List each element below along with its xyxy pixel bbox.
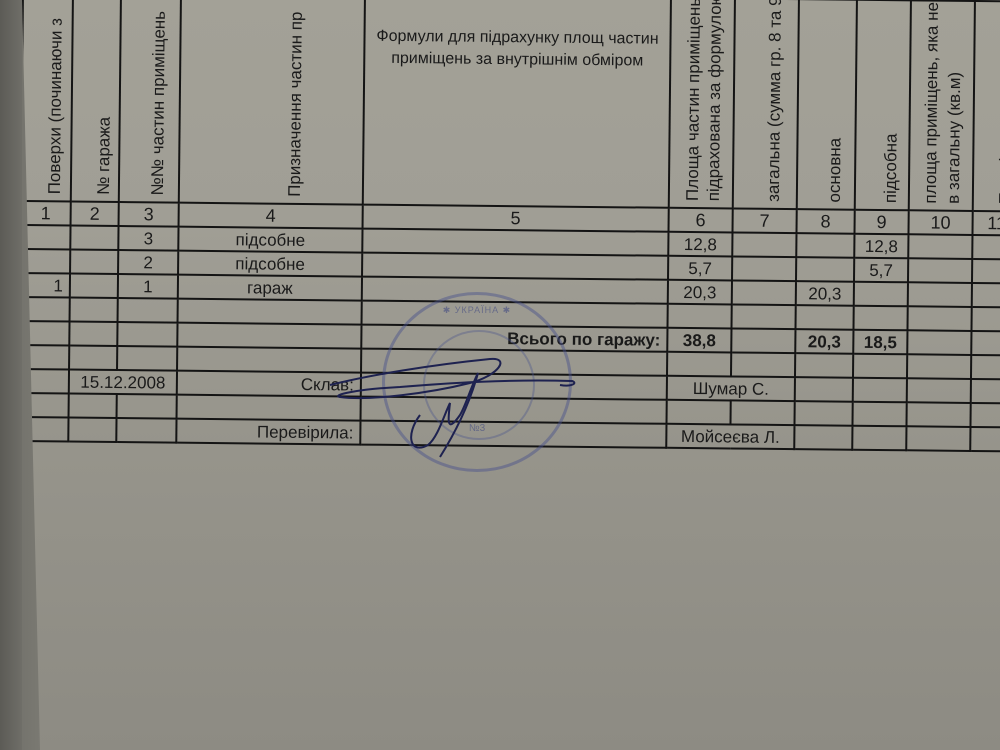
- composed-name: Шумар С.: [667, 376, 795, 401]
- empty-cell: [117, 322, 177, 347]
- signature-cell: [360, 421, 666, 448]
- column-number: 2: [71, 202, 119, 227]
- cell-part: 1: [118, 274, 178, 299]
- empty-cell: [907, 306, 971, 331]
- empty-cell: [19, 393, 69, 418]
- formula-header-line1: Формули для підрахунку площ частин: [365, 26, 669, 51]
- column-number: 7: [733, 208, 797, 233]
- cell-total: [732, 256, 796, 281]
- cell-main: 20,3: [796, 281, 854, 306]
- empty-cell: [116, 418, 176, 443]
- cell-floor: [20, 225, 70, 250]
- checked-label: Перевірила:: [176, 419, 360, 445]
- area-table-container: Поверхи (починаючи з № гаража №№ частин …: [17, 0, 950, 452]
- empty-cell: [19, 345, 69, 370]
- empty-cell: [794, 425, 852, 450]
- empty-cell: [971, 379, 1000, 404]
- cell-note: [972, 235, 1000, 260]
- empty-cell: [731, 304, 795, 329]
- signature-cell: [361, 373, 667, 400]
- cell-total: [732, 232, 796, 257]
- cell-purpose: підсобне: [178, 227, 362, 253]
- header-row: Поверхи (починаючи з № гаража №№ частин …: [21, 0, 1000, 211]
- empty-cell: [69, 322, 117, 347]
- empty-cell: [118, 298, 178, 323]
- column-number: 10: [908, 210, 972, 235]
- empty-cell: [731, 352, 795, 377]
- cell-area: 12,8: [668, 232, 732, 257]
- cell-total: [732, 280, 796, 305]
- empty-cell: [667, 304, 731, 329]
- cell-auxiliary: [854, 282, 908, 307]
- date-cell: 15.12.2008: [69, 370, 177, 395]
- empty-cell: [19, 369, 69, 394]
- header-formulas: Формули для підрахунку площ частин примі…: [363, 0, 671, 208]
- empty-cell: [19, 321, 69, 346]
- column-number: 11: [972, 211, 1000, 236]
- totals-main: 20,3: [795, 329, 853, 354]
- empty-cell: [907, 330, 971, 355]
- empty-cell: [852, 402, 906, 427]
- cell-formula: [362, 277, 668, 304]
- empty-cell: [730, 400, 794, 425]
- document-sheet: Поверхи (починаючи з № гаража №№ частин …: [0, 0, 1000, 750]
- formula-header-line2: приміщень за внутрішнім обміром: [365, 48, 669, 73]
- empty-cell: [69, 346, 117, 371]
- cell-garage: [70, 250, 118, 275]
- empty-cell: [68, 418, 116, 443]
- cell-excluded: [908, 258, 972, 283]
- header-part-numbers: №№ частин приміщень: [119, 0, 181, 203]
- empty-cell: [117, 346, 177, 371]
- empty-cell: [362, 301, 668, 328]
- header-calculated-area: Площа частин приміщень, підрахована за ф…: [669, 0, 735, 208]
- column-number: 4: [179, 203, 363, 229]
- cell-part: 2: [118, 250, 178, 275]
- empty-cell: [795, 353, 853, 378]
- empty-cell: [852, 426, 906, 451]
- page-edge-shadow: [0, 0, 22, 750]
- column-number: 3: [119, 202, 179, 227]
- empty-cell: [971, 331, 1000, 356]
- empty-cell: [178, 299, 362, 325]
- column-number: 9: [854, 210, 908, 235]
- empty-cell: [69, 394, 117, 419]
- empty-cell: [906, 426, 970, 451]
- area-calculation-table: Поверхи (починаючи з № гаража №№ частин …: [17, 0, 1000, 452]
- empty-cell: [795, 305, 853, 330]
- header-main-area: основна: [797, 0, 857, 210]
- cell-main: [796, 257, 854, 282]
- cell-purpose: підсобне: [178, 251, 362, 277]
- cell-floor: 1: [20, 273, 70, 298]
- empty-cell: [18, 417, 68, 442]
- cell-note: [972, 259, 1000, 284]
- header-purpose: Призначення частин пр: [179, 0, 365, 205]
- empty-cell: [970, 427, 1000, 452]
- cell-floor: [20, 249, 70, 274]
- cell-formula: [362, 253, 668, 280]
- empty-cell: [177, 347, 361, 373]
- empty-cell: [907, 378, 971, 403]
- totals-total: [731, 328, 795, 353]
- totals-auxiliary: 18,5: [853, 330, 907, 355]
- cell-note: [972, 283, 1000, 308]
- cell-formula: [362, 229, 668, 256]
- empty-cell: [970, 403, 1000, 428]
- column-number: 5: [363, 205, 669, 232]
- empty-cell: [177, 395, 361, 421]
- cell-garage: [70, 226, 118, 251]
- empty-cell: [70, 298, 118, 323]
- totals-area: 38,8: [667, 328, 731, 353]
- composed-label: Склав:: [177, 371, 361, 397]
- cell-main: [796, 233, 854, 258]
- empty-cell: [971, 307, 1000, 332]
- cell-auxiliary: 5,7: [854, 258, 908, 283]
- cell-excluded: [908, 282, 972, 307]
- cell-part: 3: [118, 226, 178, 251]
- column-number: 1: [21, 201, 71, 226]
- empty-cell: [117, 394, 177, 419]
- empty-cell: [853, 378, 907, 403]
- header-auxiliary-area: підсобна: [855, 0, 911, 210]
- empty-cell: [361, 397, 667, 424]
- header-garage-number: № гаража: [71, 0, 121, 202]
- empty-cell: [177, 323, 361, 349]
- totals-label: Всього по гаражу:: [361, 325, 667, 352]
- cell-area: 20,3: [668, 280, 732, 305]
- cell-area: 5,7: [668, 256, 732, 281]
- header-total-area: загальна (сумма гр. 8 та 9): [733, 0, 799, 209]
- empty-cell: [907, 354, 971, 379]
- empty-cell: [666, 400, 730, 425]
- column-number: 6: [669, 208, 733, 233]
- column-number: 8: [796, 209, 854, 234]
- empty-cell: [20, 297, 70, 322]
- checked-name: Мойсеєва Л.: [666, 424, 794, 449]
- empty-cell: [853, 306, 907, 331]
- cell-purpose: гараж: [178, 275, 362, 301]
- empty-cell: [906, 402, 970, 427]
- cell-excluded: [908, 234, 972, 259]
- cell-garage: [70, 274, 118, 299]
- header-floors: Поверхи (починаючи з: [21, 0, 73, 202]
- empty-cell: [794, 401, 852, 426]
- header-note: Примітка: [973, 1, 1000, 211]
- empty-cell: [971, 355, 1000, 380]
- empty-cell: [361, 349, 667, 376]
- empty-cell: [853, 354, 907, 379]
- empty-cell: [795, 377, 853, 402]
- cell-auxiliary: 12,8: [854, 234, 908, 259]
- empty-cell: [667, 352, 731, 377]
- header-excluded-area: площа приміщень, яка не в в загальну (кв…: [909, 0, 975, 211]
